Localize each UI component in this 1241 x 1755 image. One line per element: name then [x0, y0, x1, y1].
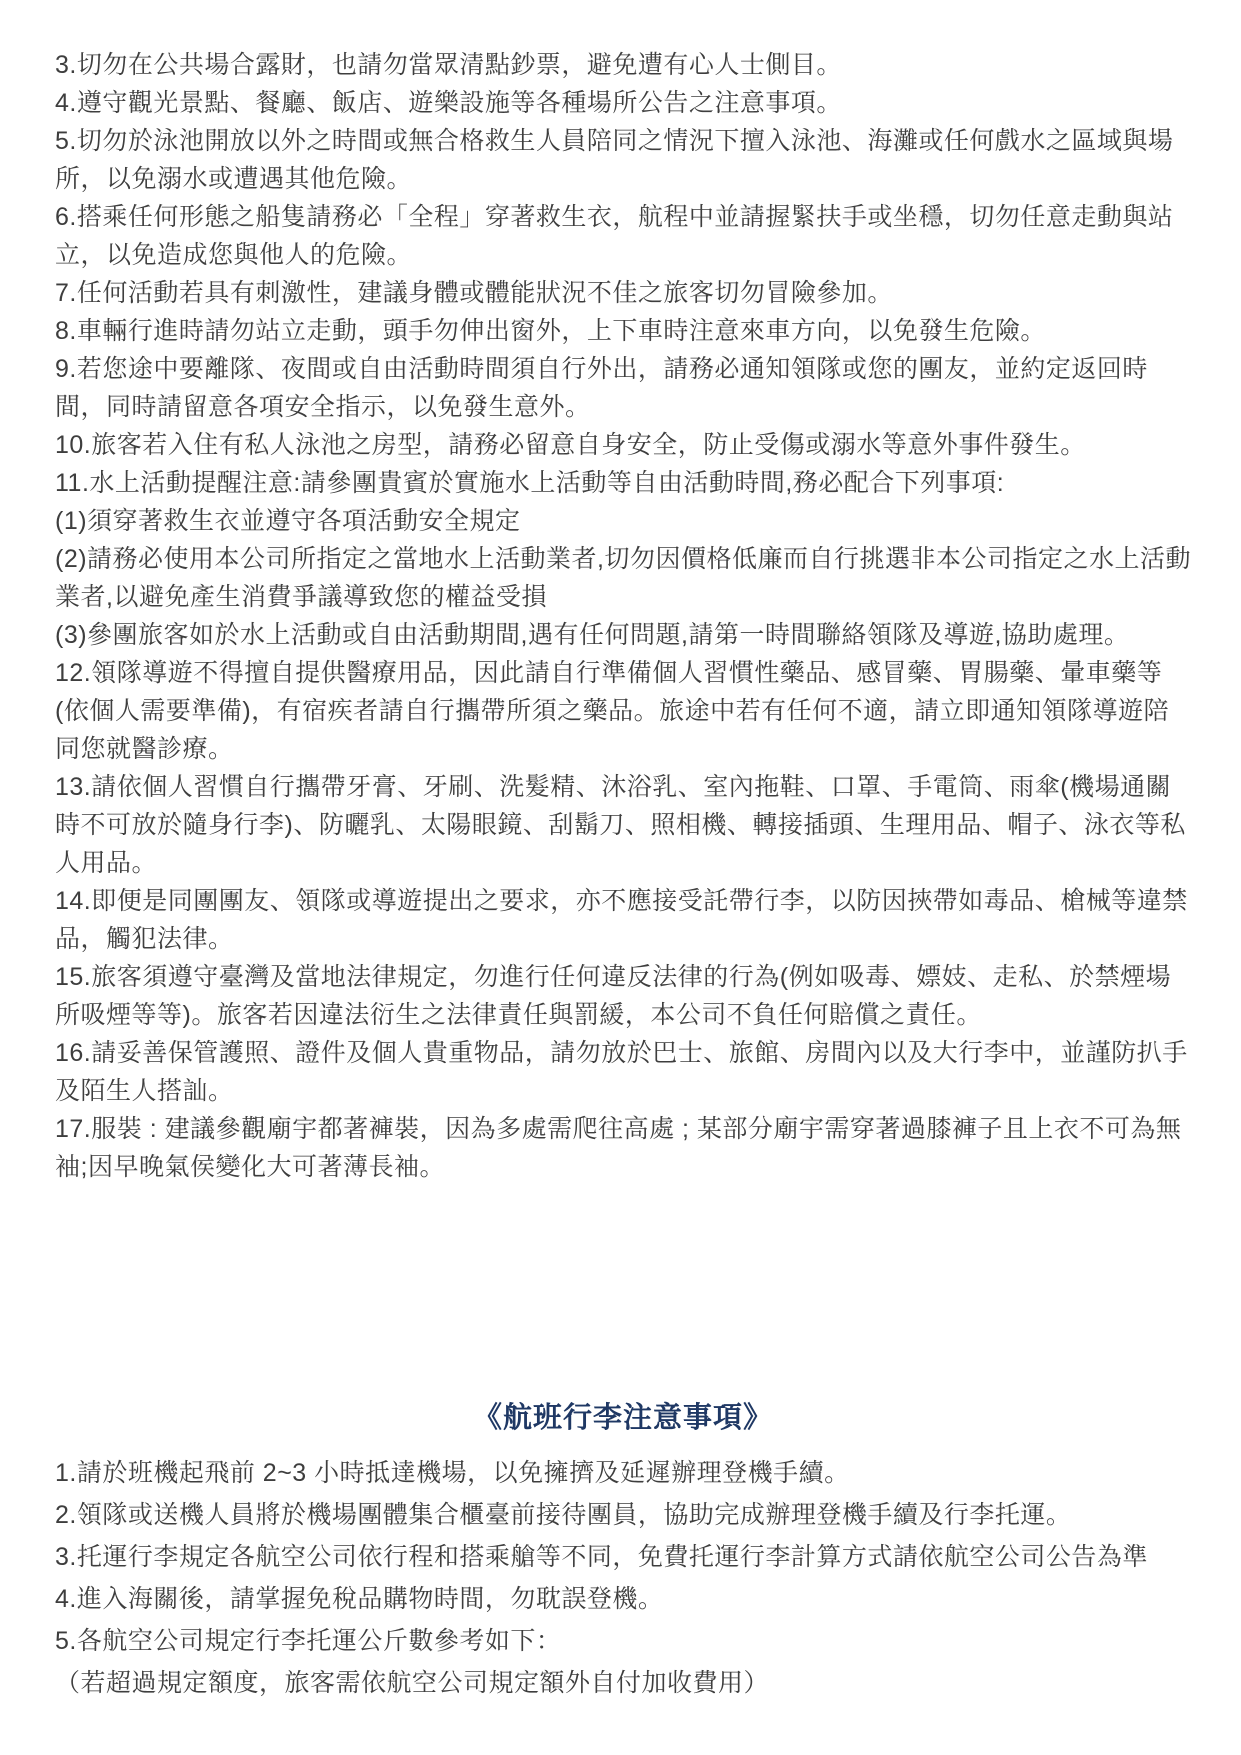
baggage-item-5: 5.各航空公司規定行李托運公斤數參考如下： — [55, 1620, 1191, 1662]
notice-item-7: 7.任何活動若具有刺激性，建議身體或體能狀況不佳之旅客切勿冒險參加。 — [55, 274, 1191, 312]
notice-item-17: 17.服裝 : 建議參觀廟宇都著褲裝，因為多處需爬往高處 ; 某部分廟宇需穿著過… — [55, 1110, 1191, 1186]
document-page: 3.切勿在公共場合露財，也請勿當眾清點鈔票，避免遭有心人士側目。 4.遵守觀光景… — [0, 0, 1241, 1755]
notice-item-12: 12.領隊導遊不得擅自提供醫療用品，因此請自行準備個人習慣性藥品、感冒藥、胃腸藥… — [55, 654, 1191, 768]
baggage-section-title: 《航班行李注意事項》 — [55, 1398, 1191, 1438]
baggage-item-4: 4.進入海關後，請掌握免稅品購物時間，勿耽誤登機。 — [55, 1578, 1191, 1620]
notice-item-9: 9.若您途中要離隊、夜間或自由活動時間須自行外出，請務必通知領隊或您的團友，並約… — [55, 350, 1191, 426]
baggage-item-3: 3.托運行李規定各航空公司依行程和搭乘艙等不同，免費托運行李計算方式請依航空公司… — [55, 1536, 1191, 1578]
notice-item-11-sub-3: (3)參團旅客如於水上活動或自由活動期間,遇有任何問題,請第一時間聯絡領隊及導遊… — [55, 616, 1191, 654]
travel-safety-notes-list: 3.切勿在公共場合露財，也請勿當眾清點鈔票，避免遭有心人士側目。 4.遵守觀光景… — [55, 46, 1191, 1186]
notice-item-16: 16.請妥善保管護照、證件及個人貴重物品，請勿放於巴士、旅館、房間內以及大行李中… — [55, 1034, 1191, 1110]
notice-item-3: 3.切勿在公共場合露財，也請勿當眾清點鈔票，避免遭有心人士側目。 — [55, 46, 1191, 84]
baggage-item-2: 2.領隊或送機人員將於機場團體集合櫃臺前接待團員，協助完成辦理登機手續及行李托運… — [55, 1494, 1191, 1536]
notice-item-11-sub-1: (1)須穿著救生衣並遵守各項活動安全規定 — [55, 502, 1191, 540]
notice-item-14: 14.即便是同團團友、領隊或導遊提出之要求，亦不應接受託帶行李，以防因挾帶如毒品… — [55, 882, 1191, 958]
notice-item-11: 11.水上活動提醒注意:請參團貴賓於實施水上活動等自由活動時間,務必配合下列事項… — [55, 464, 1191, 502]
notice-item-5: 5.切勿於泳池開放以外之時間或無合格救生人員陪同之情況下擅入泳池、海灘或任何戲水… — [55, 122, 1191, 198]
notice-item-6: 6.搭乘任何形態之船隻請務必「全程」穿著救生衣，航程中並請握緊扶手或坐穩，切勿任… — [55, 198, 1191, 274]
baggage-excess-fee-note: （若超過規定額度，旅客需依航空公司規定額外自付加收費用） — [55, 1662, 1191, 1704]
notice-item-15: 15.旅客須遵守臺灣及當地法律規定，勿進行任何違反法律的行為(例如吸毒、嫖妓、走… — [55, 958, 1191, 1034]
flight-baggage-section: 《航班行李注意事項》 1.請於班機起飛前 2~3 小時抵達機場，以免擁擠及延遲辦… — [55, 1398, 1191, 1704]
notice-item-11-sub-2: (2)請務必使用本公司所指定之當地水上活動業者,切勿因價格低廉而自行挑選非本公司… — [55, 540, 1191, 616]
notice-item-13: 13.請依個人習慣自行攜帶牙膏、牙刷、洗髮精、沐浴乳、室內拖鞋、口罩、手電筒、雨… — [55, 768, 1191, 882]
notice-item-4: 4.遵守觀光景點、餐廳、飯店、遊樂設施等各種場所公告之注意事項。 — [55, 84, 1191, 122]
notice-item-10: 10.旅客若入住有私人泳池之房型，請務必留意自身安全，防止受傷或溺水等意外事件發… — [55, 426, 1191, 464]
notice-item-8: 8.車輛行進時請勿站立走動，頭手勿伸出窗外，上下車時注意來車方向，以免發生危險。 — [55, 312, 1191, 350]
baggage-item-1: 1.請於班機起飛前 2~3 小時抵達機場，以免擁擠及延遲辦理登機手續。 — [55, 1452, 1191, 1494]
page-content: 3.切勿在公共場合露財，也請勿當眾清點鈔票，避免遭有心人士側目。 4.遵守觀光景… — [0, 0, 1241, 1704]
blank-gap — [55, 1186, 1191, 1398]
